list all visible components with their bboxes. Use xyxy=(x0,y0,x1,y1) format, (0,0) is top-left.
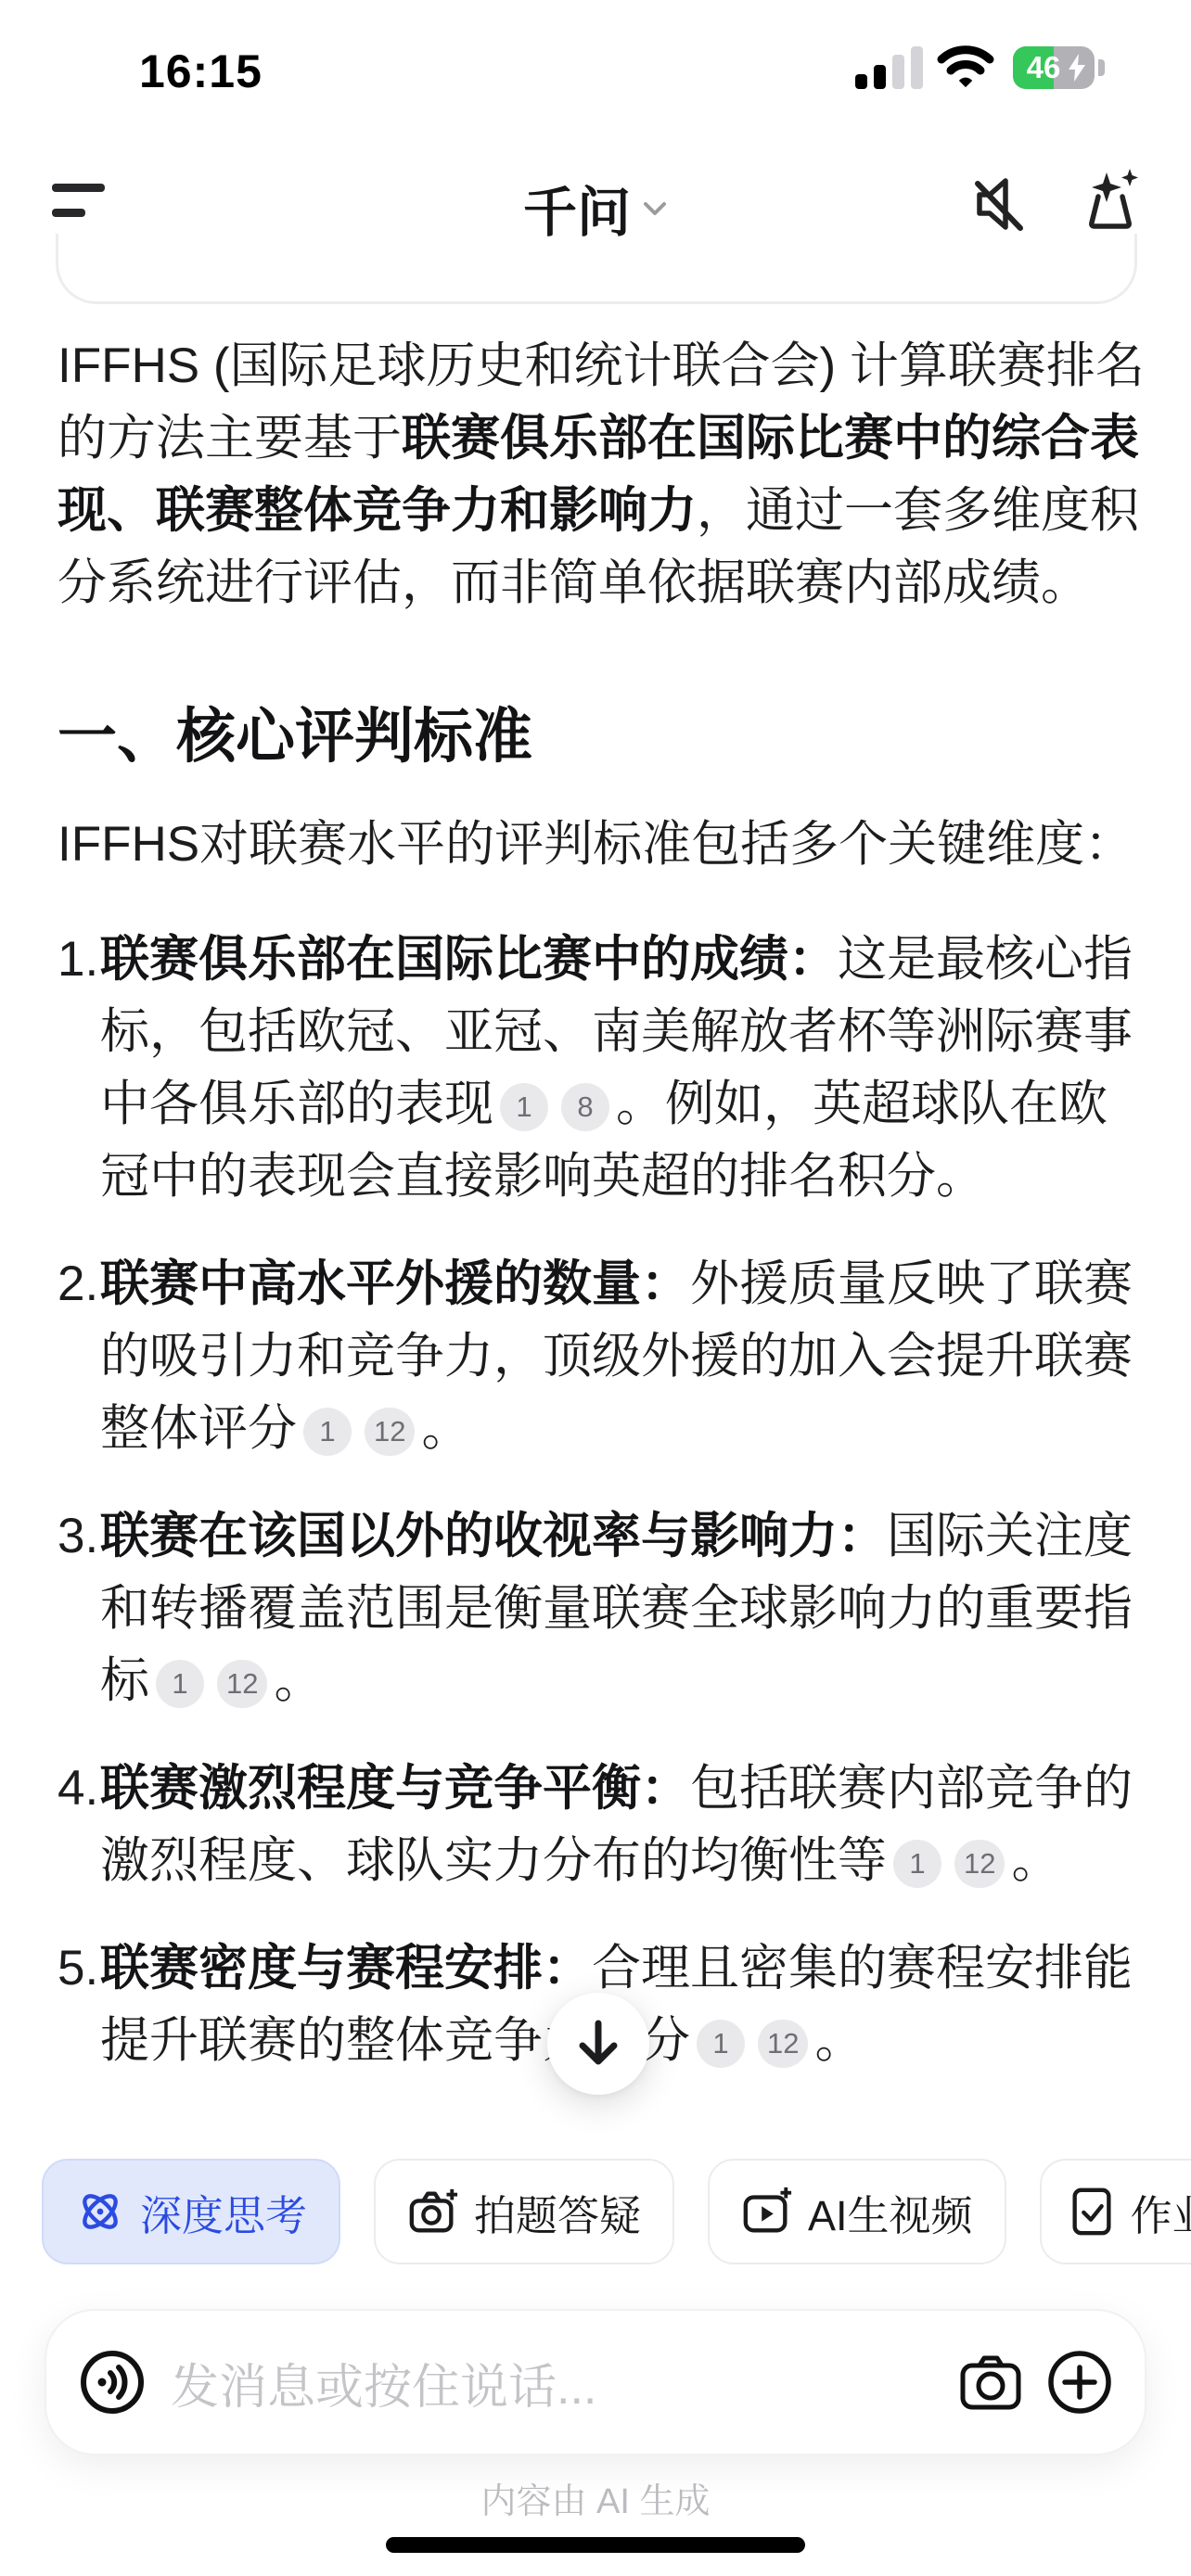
citation-badge[interactable]: 1 xyxy=(893,1840,941,1888)
camera-icon[interactable] xyxy=(959,2353,1022,2411)
list-item: 3. 联赛在该国以外的收视率与影响力：国际关注度和转播覆盖范围是衡量联赛全球影响… xyxy=(58,1500,1143,1717)
chip-label: AI生视频 xyxy=(808,2182,973,2242)
message-input[interactable]: 发消息或按住说话... xyxy=(171,2348,935,2417)
citation-badge[interactable]: 12 xyxy=(217,1660,267,1708)
item-number: 3. xyxy=(58,1500,100,1717)
citation-badge[interactable]: 12 xyxy=(954,1840,1005,1888)
arrow-down-icon xyxy=(575,2018,621,2070)
item-number: 4. xyxy=(58,1753,100,1897)
item-bold-lead: 联赛中高水平外援的数量： xyxy=(100,1256,690,1311)
video-sparkle-icon xyxy=(741,2186,793,2238)
message-input-bar[interactable]: 发消息或按住说话... xyxy=(45,2309,1146,2455)
item-bold-lead: 联赛密度与赛程安排： xyxy=(100,1941,592,1996)
chevron-down-icon xyxy=(642,199,668,218)
answer-intro-paragraph: IFFHS (国际足球历史和统计联合会) 计算联赛排名的方法主要基于联赛俱乐部在… xyxy=(58,330,1171,619)
list-item: 4. 联赛激烈程度与竞争平衡：包括联赛内部竞争的激烈程度、球队实力分布的均衡性等… xyxy=(58,1753,1143,1897)
app-title: 千问 xyxy=(523,183,631,243)
citation-badge[interactable]: 8 xyxy=(561,1083,609,1131)
criteria-list: 1. 联赛俱乐部在国际比赛中的成绩：这是最核心指标，包括欧冠、亚冠、南美解放者杯… xyxy=(58,924,1143,2112)
section-intro: IFFHS对联赛水平的评判标准包括多个关键维度： xyxy=(58,809,1171,881)
scroll-to-bottom-button[interactable] xyxy=(547,1993,649,2095)
battery-nub xyxy=(1098,59,1105,76)
citation-badge[interactable]: 12 xyxy=(365,1408,415,1456)
item-bold-lead: 联赛俱乐部在国际比赛中的成绩： xyxy=(100,932,838,987)
mute-speaker-icon[interactable] xyxy=(965,169,1031,244)
cellular-signal-icon xyxy=(855,46,928,89)
chip-homework-grading[interactable]: 作业批改 xyxy=(1040,2159,1191,2264)
citation-badge[interactable]: 1 xyxy=(156,1660,204,1708)
camera-sparkle-icon xyxy=(407,2186,459,2238)
citation-badge[interactable]: 1 xyxy=(303,1408,352,1456)
status-time: 16:15 xyxy=(139,45,263,98)
list-item: 1. 联赛俱乐部在国际比赛中的成绩：这是最核心指标，包括欧冠、亚冠、南美解放者杯… xyxy=(58,924,1143,1213)
chip-label: 深度思考 xyxy=(140,2182,307,2242)
atom-icon xyxy=(75,2187,125,2237)
chip-photo-solve[interactable]: 拍题答疑 xyxy=(374,2159,674,2264)
list-item: 2. 联赛中高水平外援的数量：外援质量反映了联赛的吸引力和竞争力，顶级外援的加入… xyxy=(58,1248,1143,1465)
battery-percent: 46 xyxy=(1013,46,1074,89)
citation-badge[interactable]: 1 xyxy=(697,2020,745,2068)
item-number: 5. xyxy=(58,1932,100,2077)
home-indicator[interactable] xyxy=(386,2537,805,2553)
plus-icon[interactable] xyxy=(1046,2349,1113,2416)
battery-icon: 46 xyxy=(1013,46,1095,89)
suggestion-chips: 深度思考 拍题答疑 AI生视频 作业批改 xyxy=(42,2159,1191,2264)
chip-label: 作业批改 xyxy=(1131,2182,1191,2242)
item-number: 1. xyxy=(58,924,100,1213)
app-screen: 16:15 46 千问 xyxy=(0,0,1191,2576)
wifi-icon xyxy=(937,45,994,94)
ai-disclaimer: 内容由 AI 生成 xyxy=(0,2472,1191,2523)
charging-bolt-icon xyxy=(1067,53,1087,83)
item-number: 2. xyxy=(58,1248,100,1465)
voice-input-icon[interactable] xyxy=(78,2348,147,2417)
new-chat-sparkle-icon[interactable] xyxy=(1078,165,1146,240)
chip-deep-thinking[interactable]: 深度思考 xyxy=(42,2159,340,2264)
chip-label: 拍题答疑 xyxy=(474,2182,641,2242)
chip-ai-video[interactable]: AI生视频 xyxy=(708,2159,1006,2264)
item-bold-lead: 联赛在该国以外的收视率与影响力： xyxy=(100,1509,887,1563)
doc-check-icon xyxy=(1068,2186,1116,2238)
top-bar: 16:15 46 千问 xyxy=(0,0,1191,234)
citation-badge[interactable]: 12 xyxy=(758,2020,808,2068)
citation-badge[interactable]: 1 xyxy=(500,1083,548,1131)
section-heading: 一、核心评判标准 xyxy=(58,694,1133,779)
item-bold-lead: 联赛激烈程度与竞争平衡： xyxy=(100,1761,690,1816)
